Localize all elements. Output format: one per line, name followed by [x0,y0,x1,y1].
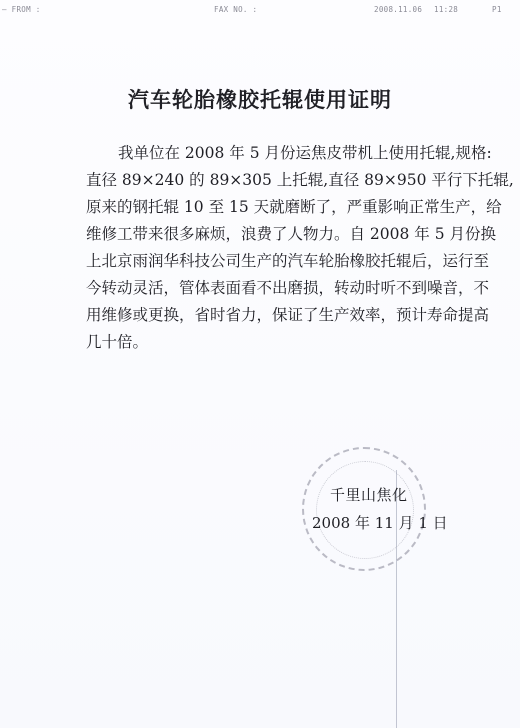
body-line: 今转动灵活，管体表面看不出磨损，转动时听不到噪音，不 [86,275,466,302]
fax-header: — FROM : FAX NO. : 2008.11.06 11:28 P1 [0,2,520,16]
body-line: 维修工带来很多麻烦，浪费了人物力。自 2008 年 5 月份换 [86,221,466,248]
body-line: 用维修或更换，省时省力，保证了生产效率，预计寿命提高 [86,302,466,329]
seal-inner-ring [316,461,414,559]
fax-from-text: FROM : [12,5,41,14]
body-line: 几十倍。 [86,329,466,356]
fax-number-label: FAX NO. : [214,5,257,14]
body-line: 我单位在 2008 年 5 月份运焦皮带机上使用托辊,规格: [86,140,466,167]
signature-date: 2008 年 11 月 1 日 [312,512,448,533]
fax-date: 2008.11.06 [374,5,422,14]
signature-company: 千里山焦化 [330,484,408,505]
body-line: 原来的钢托辊 10 至 15 天就磨断了，严重影响正常生产，给 [86,194,466,221]
body-line: 上北京雨润华科技公司生产的汽车轮胎橡胶托辊后，运行至 [86,248,466,275]
fax-scan-line [396,470,397,728]
fax-from-label: — FROM : [2,5,41,14]
document-title: 汽车轮胎橡胶托辊使用证明 [0,84,520,114]
official-seal-stamp [302,447,426,571]
fax-time: 11:28 [434,5,458,14]
document-body: 我单位在 2008 年 5 月份运焦皮带机上使用托辊,规格: 直径 89×240… [86,140,466,356]
body-line: 直径 89×240 的 89×305 上托辊,直径 89×950 平行下托辊, [86,167,466,194]
fax-page-number: P1 [492,5,502,14]
fax-page: — FROM : FAX NO. : 2008.11.06 11:28 P1 汽… [0,0,520,728]
